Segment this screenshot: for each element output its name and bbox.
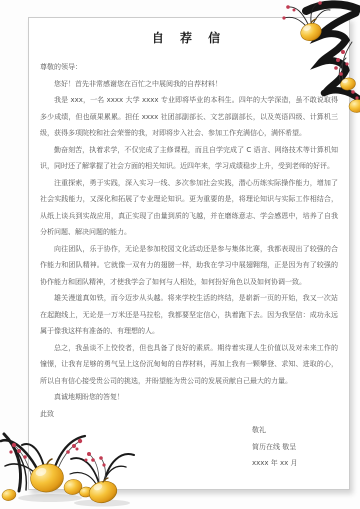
letter-paragraph: 向往团队，乐于协作，无论是参加校园文化活动还是参与集体比赛，我都表现出了较强的合…	[40, 241, 338, 291]
ground-shadow	[18, 494, 130, 507]
signature-block: 敬礼 简历在线 敬呈 xxxx 年 xx 月	[252, 422, 338, 472]
signature-date: xxxx 年 xx 月	[252, 455, 338, 472]
letter-salutation: 尊敬的领导：	[40, 59, 338, 76]
letter-paragraph: 我是 xxx，一名 xxxx 大学 xxxx 专业即将毕业的本科生。四年的大学深…	[40, 92, 338, 142]
letter-closing: 此致	[40, 406, 338, 423]
letter-content: 自 荐 信 尊敬的领导： 您好！首先非常感谢您在百忙之中展阅我的自荐材料！我是 …	[40, 18, 338, 472]
letter-paragraph: 真诚地期盼您的答复！	[40, 389, 338, 406]
letter-paragraph: 注重探索，勇于实践，深入实习一线、多次参加社会实践，潜心历练实际操作能力，增加了…	[40, 175, 338, 241]
letter-page: { "letter": { "title": "自 荐 信", "salutat…	[0, 0, 360, 509]
signature-signer: 简历在线 敬呈	[252, 439, 338, 456]
letter-paragraph: 您好！首先非常感谢您在百忙之中展阅我的自荐材料！	[40, 76, 338, 93]
signature-salute: 敬礼	[252, 422, 338, 439]
letter-title: 自 荐 信	[40, 29, 338, 46]
letter-paragraph: 雄关漫道真如铁，而今迈步从头越。将来学校生活的终结，是崭新一页的开始，我又一次站…	[40, 290, 338, 340]
letter-body: 尊敬的领导： 您好！首先非常感谢您在百忙之中展阅我的自荐材料！我是 xxx，一名…	[40, 59, 338, 472]
letter-paragraph: 勤奋刻苦，执着求学，不仅完成了主修课程，而且自学完成了 C 语言、网络技术等计算…	[40, 142, 338, 175]
letter-paragraph: 总之，我虽谈不上佼佼者，但也具备了良好的素质。期待着实现人生价值以及对未来工作的…	[40, 340, 338, 390]
letter-paper: 自 荐 信 尊敬的领导： 您好！首先非常感谢您在百忙之中展阅我的自荐材料！我是 …	[28, 17, 350, 490]
